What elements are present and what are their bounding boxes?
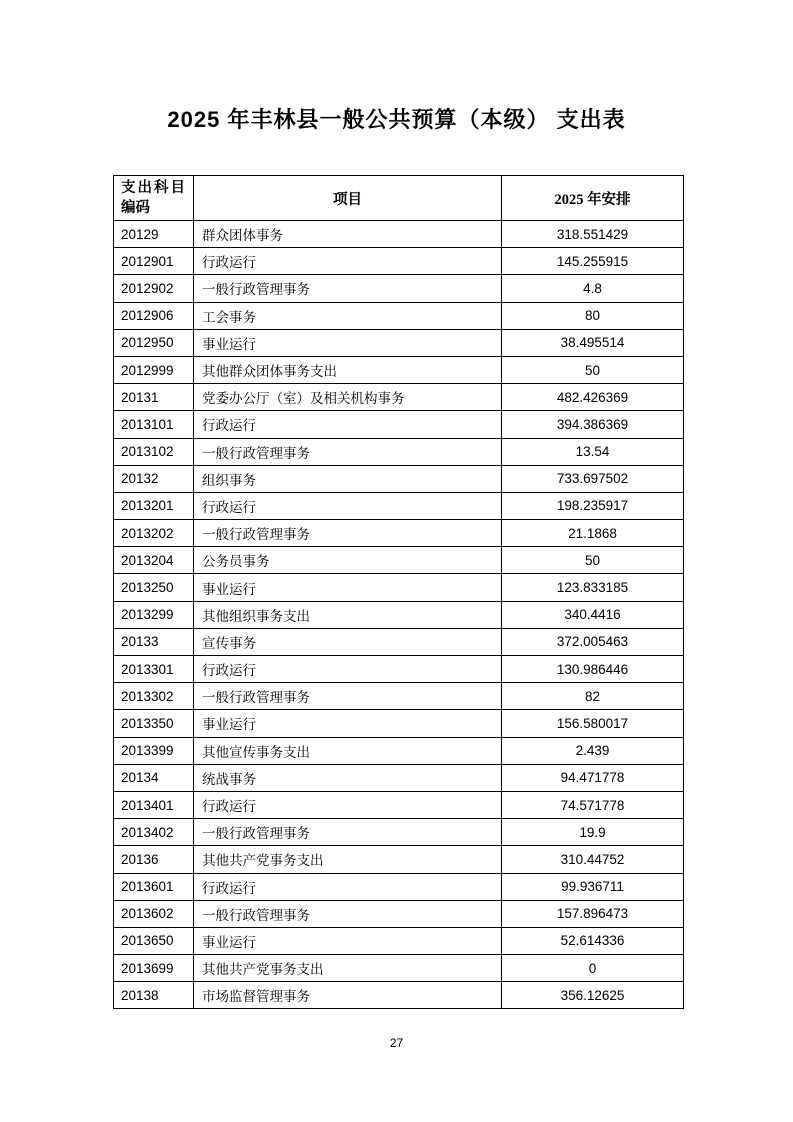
cell-item: 一般行政管理事务	[194, 275, 502, 302]
cell-expenditure-code: 2013204	[114, 547, 194, 574]
cell-item: 事业运行	[194, 927, 502, 954]
cell-expenditure-code: 2013301	[114, 656, 194, 683]
cell-amount: 4.8	[502, 275, 684, 302]
cell-expenditure-code: 2013699	[114, 955, 194, 982]
table-row: 2013402一般行政管理事务19.9	[114, 819, 684, 846]
table-row: 2013201行政运行198.235917	[114, 492, 684, 519]
header-2025-amount: 2025 年安排	[502, 176, 684, 221]
table-row: 2013602一般行政管理事务157.896473	[114, 900, 684, 927]
cell-item: 组织事务	[194, 465, 502, 492]
header-item: 项目	[194, 176, 502, 221]
table-row: 20129群众团体事务318.551429	[114, 221, 684, 248]
cell-item: 行政运行	[194, 791, 502, 818]
cell-amount: 50	[502, 356, 684, 383]
cell-amount: 99.936711	[502, 873, 684, 900]
table-row: 2013102一般行政管理事务13.54	[114, 438, 684, 465]
cell-amount: 372.005463	[502, 628, 684, 655]
cell-item: 行政运行	[194, 873, 502, 900]
cell-amount: 394.386369	[502, 411, 684, 438]
table-row: 2013301行政运行130.986446	[114, 656, 684, 683]
cell-item: 一般行政管理事务	[194, 819, 502, 846]
cell-item: 其他群众团体事务支出	[194, 356, 502, 383]
cell-amount: 340.4416	[502, 601, 684, 628]
page-number: 27	[0, 1036, 793, 1050]
cell-item: 市场监督管理事务	[194, 982, 502, 1009]
table-row: 2013204公务员事务50	[114, 547, 684, 574]
cell-item: 事业运行	[194, 329, 502, 356]
cell-item: 行政运行	[194, 656, 502, 683]
cell-item: 党委办公厅（室）及相关机构事务	[194, 384, 502, 411]
cell-amount: 482.426369	[502, 384, 684, 411]
cell-item: 事业运行	[194, 710, 502, 737]
table-row: 2013699其他共产党事务支出0	[114, 955, 684, 982]
table-row: 2013601行政运行99.936711	[114, 873, 684, 900]
cell-expenditure-code: 2013202	[114, 520, 194, 547]
cell-amount: 50	[502, 547, 684, 574]
cell-item: 其他共产党事务支出	[194, 846, 502, 873]
cell-amount: 19.9	[502, 819, 684, 846]
cell-item: 公务员事务	[194, 547, 502, 574]
cell-expenditure-code: 2013302	[114, 683, 194, 710]
cell-amount: 94.471778	[502, 764, 684, 791]
table-header: 支出科目 编码 项目 2025 年安排	[114, 176, 684, 221]
table-row: 2013401行政运行74.571778	[114, 791, 684, 818]
cell-expenditure-code: 2012906	[114, 302, 194, 329]
cell-amount: 318.551429	[502, 221, 684, 248]
cell-expenditure-code: 2013250	[114, 574, 194, 601]
cell-amount: 80	[502, 302, 684, 329]
cell-expenditure-code: 20132	[114, 465, 194, 492]
cell-expenditure-code: 20138	[114, 982, 194, 1009]
cell-amount: 82	[502, 683, 684, 710]
cell-expenditure-code: 2012902	[114, 275, 194, 302]
table-row: 2013250事业运行123.833185	[114, 574, 684, 601]
table-row: 2013299其他组织事务支出340.4416	[114, 601, 684, 628]
table-row: 2013302一般行政管理事务82	[114, 683, 684, 710]
cell-expenditure-code: 2012950	[114, 329, 194, 356]
cell-item: 行政运行	[194, 411, 502, 438]
cell-amount: 52.614336	[502, 927, 684, 954]
cell-amount: 74.571778	[502, 791, 684, 818]
cell-expenditure-code: 2013350	[114, 710, 194, 737]
table-row: 2013399其他宣传事务支出2.439	[114, 737, 684, 764]
header-code-line1: 支出科目	[121, 178, 193, 198]
cell-amount: 733.697502	[502, 465, 684, 492]
header-expenditure-code: 支出科目 编码	[114, 176, 194, 221]
cell-item: 一般行政管理事务	[194, 520, 502, 547]
cell-amount: 145.255915	[502, 248, 684, 275]
table-row: 2013350事业运行156.580017	[114, 710, 684, 737]
cell-expenditure-code: 2013399	[114, 737, 194, 764]
cell-item: 工会事务	[194, 302, 502, 329]
header-code-line2: 编码	[121, 198, 193, 218]
cell-item: 其他宣传事务支出	[194, 737, 502, 764]
table-row: 2012902一般行政管理事务4.8	[114, 275, 684, 302]
cell-expenditure-code: 2013299	[114, 601, 194, 628]
cell-expenditure-code: 2013602	[114, 900, 194, 927]
cell-item: 群众团体事务	[194, 221, 502, 248]
table-row: 20136其他共产党事务支出310.44752	[114, 846, 684, 873]
table-row: 20131党委办公厅（室）及相关机构事务482.426369	[114, 384, 684, 411]
cell-amount: 21.1868	[502, 520, 684, 547]
table-row: 2013202一般行政管理事务21.1868	[114, 520, 684, 547]
page-title: 2025 年丰林县一般公共预算（本级） 支出表	[0, 104, 793, 136]
table-row: 2013101行政运行394.386369	[114, 411, 684, 438]
table-row: 20133宣传事务372.005463	[114, 628, 684, 655]
table-row: 20134统战事务94.471778	[114, 764, 684, 791]
cell-amount: 198.235917	[502, 492, 684, 519]
cell-item: 宣传事务	[194, 628, 502, 655]
table-row: 20138市场监督管理事务356.12625	[114, 982, 684, 1009]
cell-item: 行政运行	[194, 492, 502, 519]
cell-expenditure-code: 20134	[114, 764, 194, 791]
table-row: 2012950事业运行38.495514	[114, 329, 684, 356]
cell-expenditure-code: 2013650	[114, 927, 194, 954]
document-page: 2025 年丰林县一般公共预算（本级） 支出表 支出科目 编码 项目 2025 …	[0, 0, 793, 1122]
cell-expenditure-code: 20131	[114, 384, 194, 411]
cell-expenditure-code: 20133	[114, 628, 194, 655]
budget-table: 支出科目 编码 项目 2025 年安排 20129群众团体事务318.55142…	[113, 175, 684, 1009]
cell-expenditure-code: 2013401	[114, 791, 194, 818]
table-row: 20132组织事务733.697502	[114, 465, 684, 492]
cell-item: 行政运行	[194, 248, 502, 275]
cell-amount: 2.439	[502, 737, 684, 764]
cell-expenditure-code: 20136	[114, 846, 194, 873]
table-body: 20129群众团体事务318.5514292012901行政运行145.2559…	[114, 221, 684, 1009]
cell-amount: 157.896473	[502, 900, 684, 927]
cell-amount: 130.986446	[502, 656, 684, 683]
cell-item: 一般行政管理事务	[194, 438, 502, 465]
cell-item: 统战事务	[194, 764, 502, 791]
cell-item: 事业运行	[194, 574, 502, 601]
table-row: 2013650事业运行52.614336	[114, 927, 684, 954]
cell-amount: 123.833185	[502, 574, 684, 601]
cell-item: 其他共产党事务支出	[194, 955, 502, 982]
cell-item: 一般行政管理事务	[194, 900, 502, 927]
cell-item: 其他组织事务支出	[194, 601, 502, 628]
cell-amount: 0	[502, 955, 684, 982]
cell-expenditure-code: 2013102	[114, 438, 194, 465]
cell-expenditure-code: 2013601	[114, 873, 194, 900]
cell-expenditure-code: 20129	[114, 221, 194, 248]
cell-expenditure-code: 2013402	[114, 819, 194, 846]
table-row: 2012901行政运行145.255915	[114, 248, 684, 275]
cell-amount: 156.580017	[502, 710, 684, 737]
cell-expenditure-code: 2012999	[114, 356, 194, 383]
cell-amount: 356.12625	[502, 982, 684, 1009]
cell-amount: 38.495514	[502, 329, 684, 356]
cell-item: 一般行政管理事务	[194, 683, 502, 710]
table-header-row: 支出科目 编码 项目 2025 年安排	[114, 176, 684, 221]
cell-expenditure-code: 2013201	[114, 492, 194, 519]
table-row: 2012906工会事务80	[114, 302, 684, 329]
table-row: 2012999其他群众团体事务支出50	[114, 356, 684, 383]
cell-expenditure-code: 2013101	[114, 411, 194, 438]
cell-expenditure-code: 2012901	[114, 248, 194, 275]
cell-amount: 13.54	[502, 438, 684, 465]
cell-amount: 310.44752	[502, 846, 684, 873]
